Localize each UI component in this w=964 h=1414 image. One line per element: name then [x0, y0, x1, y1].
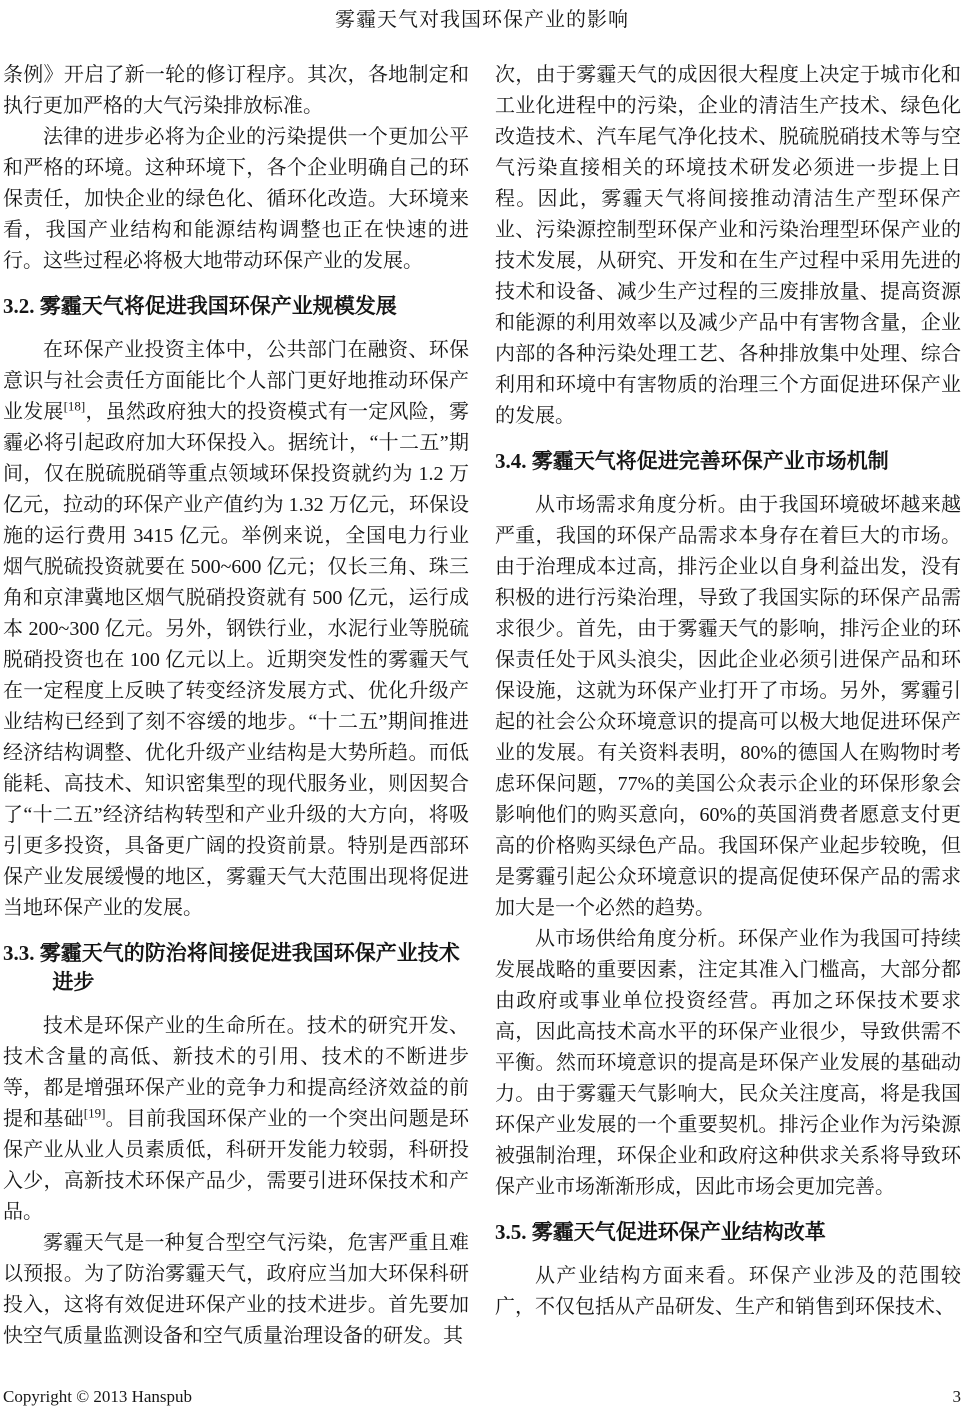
section-number: 3.5.: [495, 1220, 532, 1244]
footer-copyright: Copyright © 2013 Hanspub: [3, 1386, 192, 1408]
paper-page: 雾霾天气对我国环保产业的影响 条例》开启了新一轮的修订程序。其次，各地制定和执行…: [0, 0, 964, 1414]
text-run: 条例》开启了新一轮的修订程序。其次，各地制定和执行更加严格的大气污染排放标准。: [3, 64, 469, 117]
paragraph: 法律的进步必将为企业的污染提供一个更加公平和严格的环境。这种环境下，各个企业明确…: [3, 122, 469, 277]
section-number: 3.3.: [3, 941, 40, 965]
column-right: 次，由于雾霾天气的成因很大程度上决定于城市化和工业化进程中的污染，企业的清洁生产…: [495, 60, 961, 1362]
paragraph: 从产业结构方面来看。环保产业涉及的范围较广，不仅包括从产品研发、生产和销售到环保…: [495, 1261, 961, 1323]
section-number: 3.4.: [495, 449, 532, 473]
paragraph: 从市场供给角度分析。环保产业作为我国可持续发展战略的重要因素，注定其准入门槛高，…: [495, 924, 961, 1203]
paragraph: 次，由于雾霾天气的成因很大程度上决定于城市化和工业化进程中的污染，企业的清洁生产…: [495, 60, 961, 432]
section-heading: 3.5. 雾霾天气促进环保产业结构改革: [495, 1218, 961, 1247]
column-left: 条例》开启了新一轮的修订程序。其次，各地制定和执行更加严格的大气污染排放标准。法…: [3, 60, 469, 1362]
text-run: 从市场供给角度分析。环保产业作为我国可持续发展战略的重要因素，注定其准入门槛高，…: [495, 928, 961, 1198]
two-column-body: 条例》开启了新一轮的修订程序。其次，各地制定和执行更加严格的大气污染排放标准。法…: [3, 60, 961, 1362]
section-number: 3.2.: [3, 294, 40, 318]
section-title: 雾霾天气的防治将间接促进我国环保产业技术进步: [40, 942, 460, 994]
footer-page-number: 3: [953, 1386, 962, 1408]
section-heading: 3.3. 雾霾天气的防治将间接促进我国环保产业技术进步: [3, 939, 469, 997]
page-title: 雾霾天气对我国环保产业的影响: [3, 7, 961, 33]
paragraph: 雾霾天气是一种复合型空气污染，危害严重且难以预报。为了防治雾霾天气，政府应当加大…: [3, 1228, 469, 1352]
paragraph: 从市场需求角度分析。由于我国环境破坏越来越严重，我国的环保产品需求本身存在着巨大…: [495, 490, 961, 924]
text-run: ，虽然政府独大的投资模式有一定风险，雾霾必将引起政府加大环保投入。据统计，“十二…: [3, 401, 469, 919]
section-title: 雾霾天气将促进完善环保产业市场机制: [532, 450, 889, 473]
citation-ref: [18]: [64, 398, 86, 413]
citation-ref: [19]: [84, 1105, 106, 1120]
text-run: 从市场需求角度分析。由于我国环境破坏越来越严重，我国的环保产品需求本身存在着巨大…: [495, 494, 961, 919]
page-footer: Copyright © 2013 Hanspub 3: [3, 1386, 961, 1408]
paragraph: 在环保产业投资主体中，公共部门在融资、环保意识与社会责任方面能比个人部门更好地推…: [3, 335, 469, 924]
section-title: 雾霾天气促进环保产业结构改革: [532, 1221, 826, 1244]
section-heading: 3.4. 雾霾天气将促进完善环保产业市场机制: [495, 447, 961, 476]
text-run: 雾霾天气是一种复合型空气污染，危害严重且难以预报。为了防治雾霾天气，政府应当加大…: [3, 1232, 469, 1347]
section-heading: 3.2. 雾霾天气将促进我国环保产业规模发展: [3, 292, 469, 321]
section-title: 雾霾天气将促进我国环保产业规模发展: [40, 295, 397, 318]
paragraph: 条例》开启了新一轮的修订程序。其次，各地制定和执行更加严格的大气污染排放标准。: [3, 60, 469, 122]
text-run: 法律的进步必将为企业的污染提供一个更加公平和严格的环境。这种环境下，各个企业明确…: [3, 126, 469, 272]
paragraph: 技术是环保产业的生命所在。技术的研究开发、技术含量的高低、新技术的引用、技术的不…: [3, 1011, 469, 1228]
text-run: 次，由于雾霾天气的成因很大程度上决定于城市化和工业化进程中的污染，企业的清洁生产…: [495, 64, 961, 427]
text-run: 从产业结构方面来看。环保产业涉及的范围较广，不仅包括从产品研发、生产和销售到环保…: [495, 1265, 961, 1318]
